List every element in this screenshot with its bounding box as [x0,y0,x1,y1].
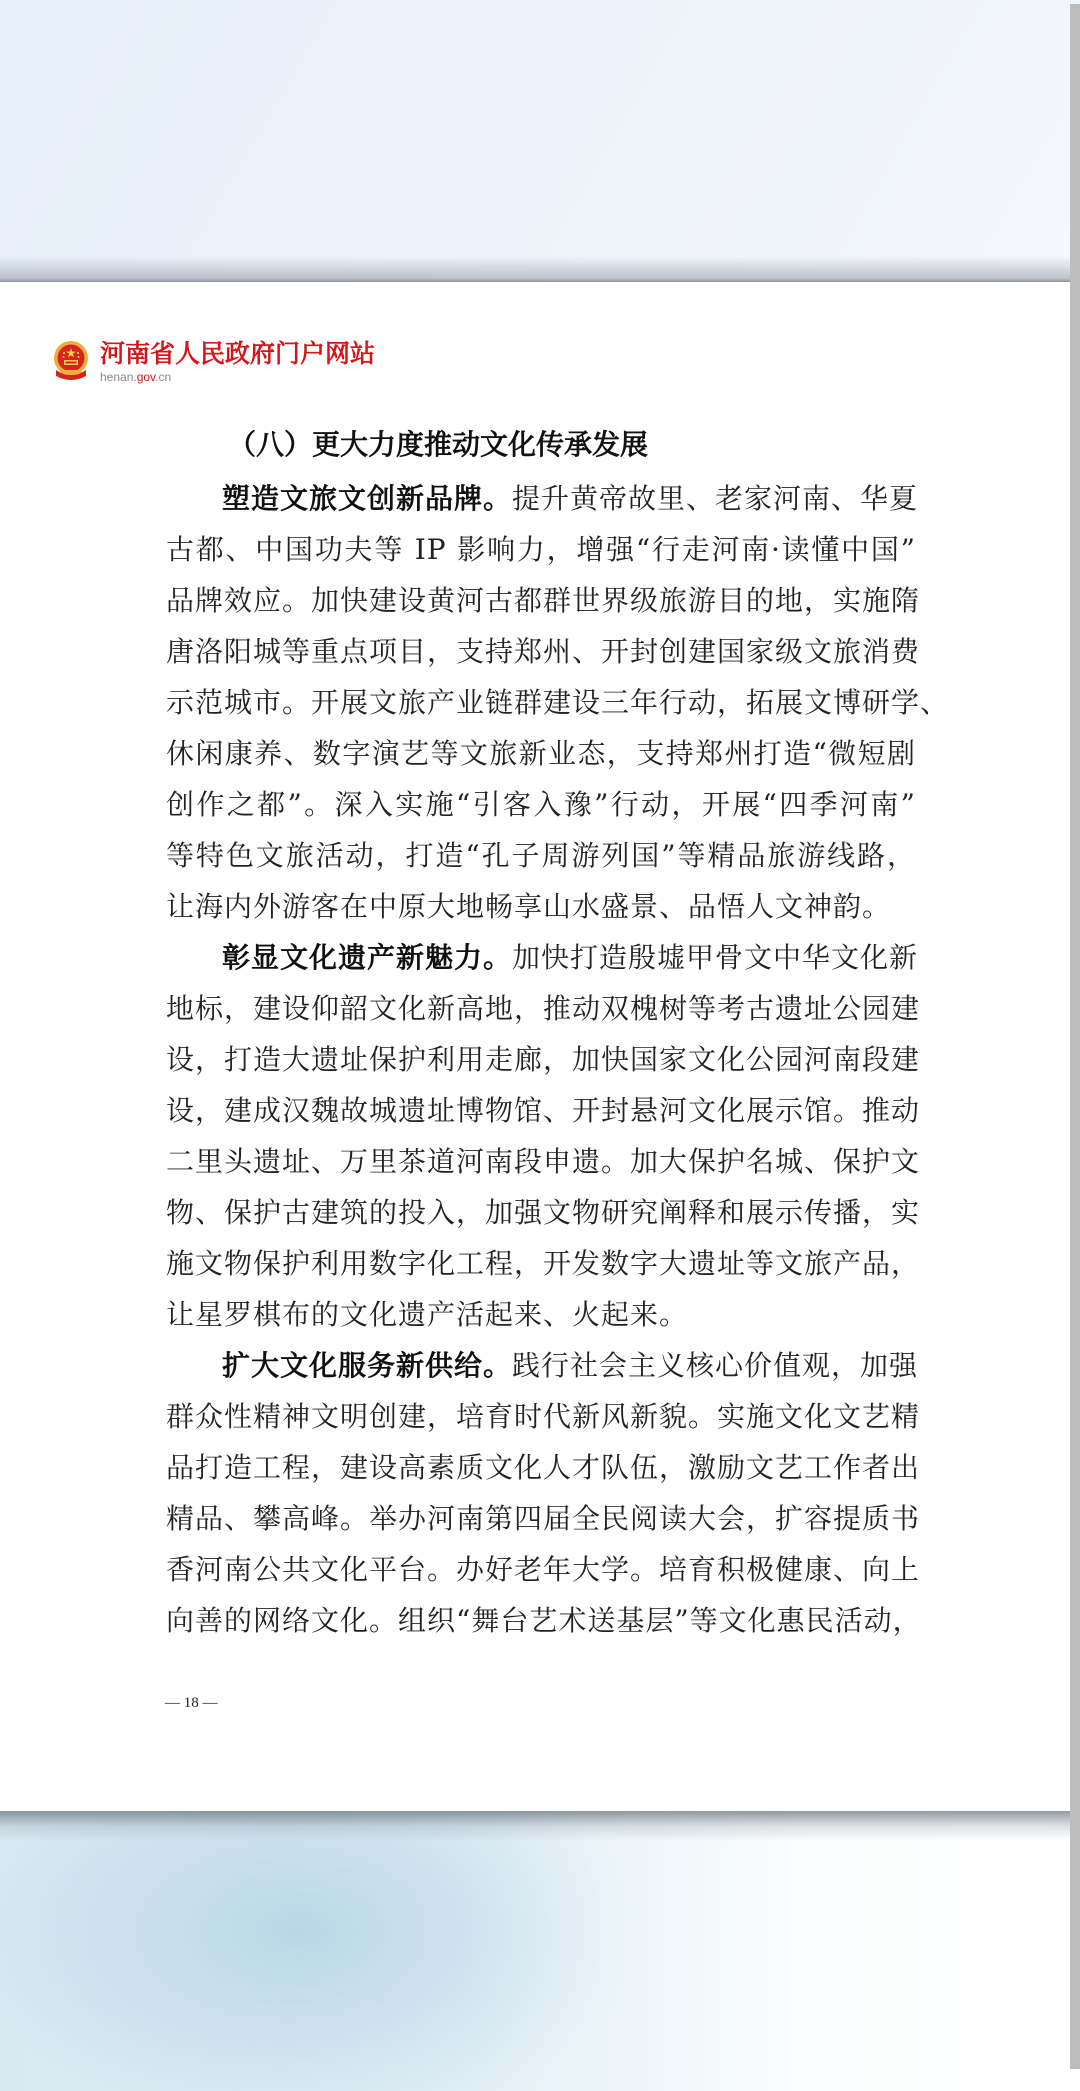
national-emblem-icon [52,340,90,384]
scrollbar[interactable] [1070,4,1080,2069]
site-url: henan.gov.cn [100,369,375,385]
paragraph-line: 地标，建设仰韶文化新高地，推动双槐树等考古遗址公园建 [166,983,916,1034]
paragraph-line: 休闲康养、数字演艺等文旅新业态，支持郑州打造“微短剧 [166,728,916,779]
paragraph-line: 让星罗棋布的文化遗产活起来、火起来。 [166,1289,916,1340]
paragraph-line: 创作之都”。深入实施“引客入豫”行动，开展“四季河南” [166,779,916,830]
paragraph-cultural-heritage: 彰显文化遗产新魅力。加快打造殷墟甲骨文中华文化新 地标，建设仰韶文化新高地，推动… [166,932,916,1340]
background-bottom [0,1811,1080,2091]
paragraph-line: 唐洛阳城等重点项目，支持郑州、开封创建国家级文旅消费 [166,626,916,677]
paragraph-cultural-services: 扩大文化服务新供给。践行社会主义核心价值观，加强 群众性精神文明创建，培育时代新… [166,1340,916,1646]
site-title: 河南省人民政府门户网站 [100,340,375,368]
paragraph-line: 物、保护古建筑的投入，加强文物研究阐释和展示传播，实 [166,1187,916,1238]
paragraph-line: 品打造工程，建设高素质文化人才队伍，激励文艺工作者出 [166,1442,916,1493]
paragraph-cultural-tourism-brand: 塑造文旅文创新品牌。提升黄帝故里、老家河南、华夏 古都、中国功夫等 IP 影响力… [166,473,916,932]
paragraph-line: 古都、中国功夫等 IP 影响力，增强“行走河南·读懂中国” [166,524,916,575]
paragraph-line: 精品、攀高峰。举办河南第四届全民阅读大会，扩容提质书 [166,1493,916,1544]
document-body: （八）更大力度推动文化传承发展 塑造文旅文创新品牌。提升黄帝故里、老家河南、华夏… [166,422,916,1646]
paragraph-line: 设，建成汉魏故城遗址博物馆、开封悬河文化展示馆。推动 [166,1085,916,1136]
paragraph-line: 二里头遗址、万里茶道河南段申遗。加大保护名城、保护文 [166,1136,916,1187]
paragraph-line: 塑造文旅文创新品牌。提升黄帝故里、老家河南、华夏 [166,473,916,524]
paragraph-line: 香河南公共文化平台。办好老年大学。培育积极健康、向上 [166,1544,916,1595]
paragraph-line: 品牌效应。加快建设黄河古都群世界级旅游目的地，实施隋 [166,575,916,626]
paragraph-line: 让海内外游客在中原大地畅享山水盛景、品悟人文神韵。 [166,881,916,932]
background-top [0,0,1080,282]
paragraph-lead: 塑造文旅文创新品牌。 [222,482,512,515]
paragraph-line: 向善的网络文化。组织“舞台艺术送基层”等文化惠民活动， [166,1595,916,1646]
paragraph-line: 群众性精神文明创建，培育时代新风新貌。实施文化文艺精 [166,1391,916,1442]
paragraph-line: 设，打造大遗址保护利用走廊，加快国家文化公园河南段建 [166,1034,916,1085]
paragraph-line: 彰显文化遗产新魅力。加快打造殷墟甲骨文中华文化新 [166,932,916,983]
paragraph-line: 示范城市。开展文旅产业链群建设三年行动，拓展文博研学、 [166,677,916,728]
paragraph-line: 扩大文化服务新供给。践行社会主义核心价值观，加强 [166,1340,916,1391]
document-page: 河南省人民政府门户网站 henan.gov.cn （八）更大力度推动文化传承发展… [0,282,1070,1811]
paragraph-lead: 彰显文化遗产新魅力。 [222,941,512,974]
paragraph-lead: 扩大文化服务新供给。 [222,1349,512,1382]
section-heading: （八）更大力度推动文化传承发展 [166,422,916,468]
page-number: — 18 — [165,1695,218,1712]
site-logo[interactable]: 河南省人民政府门户网站 henan.gov.cn [52,340,375,386]
logo-text: 河南省人民政府门户网站 henan.gov.cn [100,340,375,385]
paragraph-line: 施文物保护利用数字化工程，开发数字大遗址等文旅产品， [166,1238,916,1289]
paragraph-line: 等特色文旅活动，打造“孔子周游列国”等精品旅游线路， [166,830,916,881]
